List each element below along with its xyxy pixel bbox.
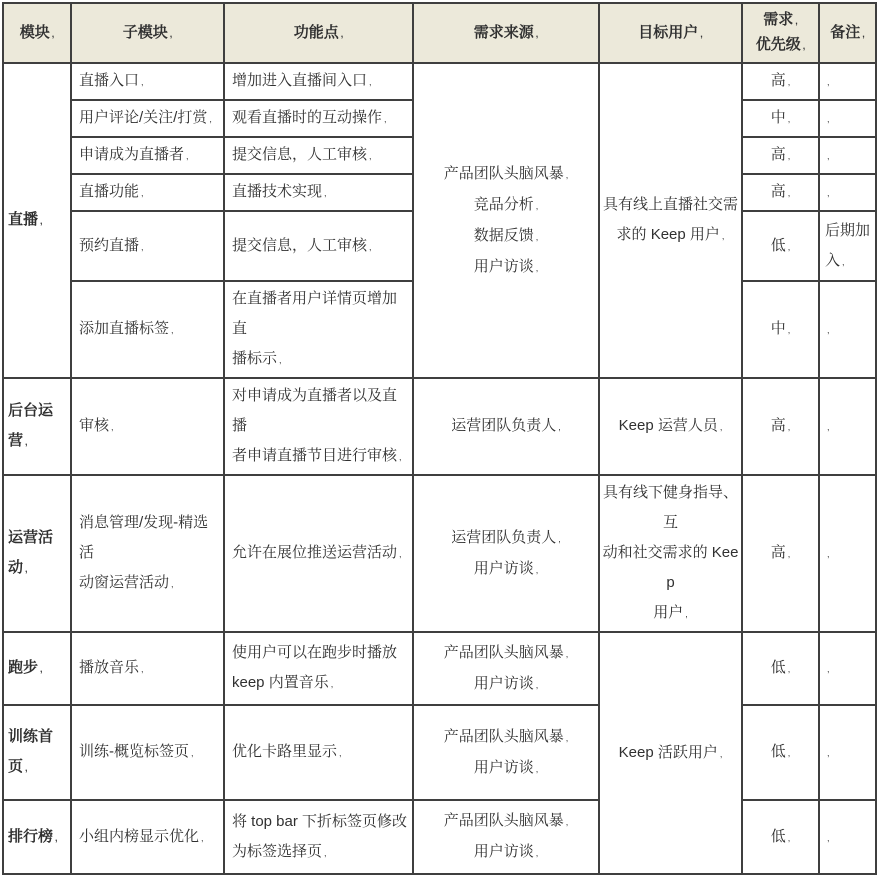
feature-line: 对申请成为直播者以及直播 <box>232 381 409 441</box>
source-line: 竞品分析, <box>416 190 596 221</box>
target-line: 用户, <box>602 598 739 629</box>
table-row: 训练首页, 训练-概览标签页, 优化卡路里显示, 产品团队头脑风暴, 用户访谈,… <box>3 705 876 800</box>
paragraph-mark: , <box>171 325 174 335</box>
paragraph-mark: , <box>209 114 212 124</box>
paragraph-mark: , <box>842 257 845 267</box>
cell-training-priority: 低, <box>742 705 819 800</box>
source-line: 用户访谈, <box>416 554 596 585</box>
cell-live-4-submodule: 预约直播, <box>71 211 224 281</box>
cell-live-3-feature: 直播技术实现, <box>224 174 413 211</box>
paragraph-mark: , <box>788 664 791 674</box>
table-row: 直播, 直播入口, 增加进入直播间入口, 产品团队头脑风暴, 竞品分析, 数据反… <box>3 63 876 100</box>
cell-backend-target: Keep 运营人员, <box>599 378 742 475</box>
paragraph-mark: , <box>788 114 791 124</box>
paragraph-mark: , <box>803 41 806 51</box>
cell-training-source: 产品团队头脑风暴, 用户访谈, <box>413 705 599 800</box>
cell-live-0-remark: , <box>819 63 876 100</box>
paragraph-mark: , <box>536 29 539 39</box>
paragraph-mark: , <box>186 151 189 161</box>
cell-live-5-remark: , <box>819 281 876 378</box>
paragraph-mark: , <box>324 848 327 858</box>
feature-line: 为标签选择页, <box>232 837 409 868</box>
paragraph-mark: , <box>25 437 28 447</box>
paragraph-mark: , <box>788 151 791 161</box>
target-line: 动和社交需求的 Keep <box>602 538 739 598</box>
paragraph-mark: , <box>55 833 58 843</box>
requirements-table: 模块, 子模块, 功能点, 需求来源, 目标用户, 需求, 优先级, 备注, 直… <box>2 2 877 875</box>
cell-live-0-feature: 增加进入直播间入口, <box>224 63 413 100</box>
paragraph-mark: , <box>827 114 830 124</box>
table-row: 后台运营, 审核, 对申请成为直播者以及直播 者申请直播节目进行审核, 运营团队… <box>3 378 876 475</box>
cell-backend-remark: , <box>819 378 876 475</box>
paragraph-mark: , <box>201 833 204 843</box>
header-priority-line1: 需求, <box>745 8 816 33</box>
cell-leaderboard-feature: 将 top bar 下折标签页修改 为标签选择页, <box>224 800 413 874</box>
header-row: 模块, 子模块, 功能点, 需求来源, 目标用户, 需求, 优先级, 备注, <box>3 3 876 63</box>
paragraph-mark: , <box>788 77 791 87</box>
cell-backend-priority: 高, <box>742 378 819 475</box>
cell-backend-feature: 对申请成为直播者以及直播 者申请直播节目进行审核, <box>224 378 413 475</box>
cell-running-source: 产品团队头脑风暴, 用户访谈, <box>413 632 599 705</box>
paragraph-mark: , <box>566 649 569 659</box>
cell-training-remark: , <box>819 705 876 800</box>
cell-running-feature: 使用户可以在跑步时播放 keep 内置音乐, <box>224 632 413 705</box>
header-target: 目标用户, <box>599 3 742 63</box>
cell-live-5-priority: 中, <box>742 281 819 378</box>
paragraph-mark: , <box>566 817 569 827</box>
table-row: 运营活动, 消息管理/发现-精选活 动窗运营活动, 允许在展位推送运营活动, 运… <box>3 475 876 632</box>
cell-running-submodule: 播放音乐, <box>71 632 224 705</box>
cell-module-backend: 后台运营, <box>3 378 71 475</box>
feature-line: 在直播者用户详情页增加直 <box>232 284 409 344</box>
paragraph-mark: , <box>795 16 798 26</box>
source-line: 产品团队头脑风暴, <box>416 722 596 753</box>
source-line: 运营团队负责人, <box>416 411 596 442</box>
paragraph-mark: , <box>720 749 723 759</box>
paragraph-mark: , <box>788 325 791 335</box>
cell-live-target: 具有线上直播社交需 求的 Keep 用户, <box>599 63 742 378</box>
cell-live-1-submodule: 用户评论/关注/打赏, <box>71 100 224 137</box>
source-line: 数据反馈, <box>416 221 596 252</box>
paragraph-mark: , <box>331 679 334 689</box>
cell-running-priority: 低, <box>742 632 819 705</box>
cell-live-1-remark: , <box>819 100 876 137</box>
paragraph-mark: , <box>788 242 791 252</box>
target-line: 具有线上直播社交需 <box>602 190 739 220</box>
cell-leaderboard-remark: , <box>819 800 876 874</box>
paragraph-mark: , <box>369 151 372 161</box>
cell-live-2-priority: 高, <box>742 137 819 174</box>
cell-module-leaderboard: 排行榜, <box>3 800 71 874</box>
paragraph-mark: , <box>827 664 830 674</box>
header-priority-line2: 优先级, <box>745 33 816 58</box>
paragraph-mark: , <box>827 748 830 758</box>
header-feature: 功能点, <box>224 3 413 63</box>
cell-backend-submodule: 审核, <box>71 378 224 475</box>
header-source: 需求来源, <box>413 3 599 63</box>
paragraph-mark: , <box>558 534 561 544</box>
cell-live-1-priority: 中, <box>742 100 819 137</box>
table-row: 跑步, 播放音乐, 使用户可以在跑步时播放 keep 内置音乐, 产品团队头脑风… <box>3 632 876 705</box>
cell-running-remark: , <box>819 632 876 705</box>
target-line: 具有线下健身指导、互 <box>602 478 739 538</box>
cell-live-4-priority: 低, <box>742 211 819 281</box>
cell-live-source: 产品团队头脑风暴, 竞品分析, 数据反馈, 用户访谈, <box>413 63 599 378</box>
feature-line: 播标示, <box>232 344 409 375</box>
paragraph-mark: , <box>685 609 688 619</box>
cell-module-live: 直播, <box>3 63 71 378</box>
header-submodule: 子模块, <box>71 3 224 63</box>
paragraph-mark: , <box>558 422 561 432</box>
cell-leaderboard-priority: 低, <box>742 800 819 874</box>
paragraph-mark: , <box>700 29 703 39</box>
paragraph-mark: , <box>788 188 791 198</box>
paragraph-mark: , <box>171 579 174 589</box>
feature-line: 将 top bar 下折标签页修改 <box>232 807 409 837</box>
paragraph-mark: , <box>191 748 194 758</box>
paragraph-mark: , <box>111 422 114 432</box>
paragraph-mark: , <box>720 422 723 432</box>
cell-ops-priority: 高, <box>742 475 819 632</box>
paragraph-mark: , <box>536 565 539 575</box>
cell-module-running: 跑步, <box>3 632 71 705</box>
source-line: 用户访谈, <box>416 669 596 700</box>
cell-live-4-remark: 后期加入, <box>819 211 876 281</box>
cell-ops-feature: 允许在展位推送运营活动, <box>224 475 413 632</box>
paragraph-mark: , <box>341 29 344 39</box>
cell-live-2-feature: 提交信息，人工审核, <box>224 137 413 174</box>
source-line: 产品团队头脑风暴, <box>416 806 596 837</box>
cell-ops-target: 具有线下健身指导、互 动和社交需求的 Keep 用户, <box>599 475 742 632</box>
cell-active-target: Keep 活跃用户, <box>599 632 742 874</box>
paragraph-mark: , <box>40 664 43 674</box>
paragraph-mark: , <box>369 242 372 252</box>
cell-training-submodule: 训练-概览标签页, <box>71 705 224 800</box>
cell-live-3-remark: , <box>819 174 876 211</box>
cell-live-4-feature: 提交信息，人工审核, <box>224 211 413 281</box>
header-priority: 需求, 优先级, <box>742 3 819 63</box>
cell-leaderboard-source: 产品团队头脑风暴, 用户访谈, <box>413 800 599 874</box>
source-line: 用户访谈, <box>416 753 596 784</box>
cell-live-3-priority: 高, <box>742 174 819 211</box>
paragraph-mark: , <box>25 564 28 574</box>
cell-live-0-submodule: 直播入口, <box>71 63 224 100</box>
paragraph-mark: , <box>536 680 539 690</box>
feature-line: 者申请直播节目进行审核, <box>232 441 409 472</box>
cell-live-3-submodule: 直播功能, <box>71 174 224 211</box>
feature-line: keep 内置音乐, <box>232 668 409 699</box>
cell-live-5-submodule: 添加直播标签, <box>71 281 224 378</box>
paragraph-mark: , <box>788 549 791 559</box>
paragraph-mark: , <box>536 263 539 273</box>
paragraph-mark: , <box>399 549 402 559</box>
target-line: 求的 Keep 用户, <box>602 220 739 251</box>
paragraph-mark: , <box>279 355 282 365</box>
paragraph-mark: , <box>536 848 539 858</box>
paragraph-mark: , <box>827 549 830 559</box>
paragraph-mark: , <box>827 77 830 87</box>
source-line: 产品团队头脑风暴, <box>416 638 596 669</box>
paragraph-mark: , <box>369 77 372 87</box>
source-line: 运营团队负责人, <box>416 523 596 554</box>
paragraph-mark: , <box>40 216 43 226</box>
source-line: 用户访谈, <box>416 252 596 283</box>
cell-ops-remark: , <box>819 475 876 632</box>
cell-leaderboard-submodule: 小组内榜显示优化, <box>71 800 224 874</box>
paragraph-mark: , <box>324 188 327 198</box>
header-module: 模块, <box>3 3 71 63</box>
paragraph-mark: , <box>566 170 569 180</box>
header-remark: 备注, <box>819 3 876 63</box>
cell-training-feature: 优化卡路里显示, <box>224 705 413 800</box>
cell-module-ops-activity: 运营活动, <box>3 475 71 632</box>
paragraph-mark: , <box>536 232 539 242</box>
paragraph-mark: , <box>399 452 402 462</box>
paragraph-mark: , <box>25 763 28 773</box>
paragraph-mark: , <box>566 733 569 743</box>
table-row: 排行榜, 小组内榜显示优化, 将 top bar 下折标签页修改 为标签选择页,… <box>3 800 876 874</box>
paragraph-mark: , <box>722 231 725 241</box>
paragraph-mark: , <box>536 201 539 211</box>
paragraph-mark: , <box>141 242 144 252</box>
feature-line: 使用户可以在跑步时播放 <box>232 638 409 668</box>
paragraph-mark: , <box>827 833 830 843</box>
paragraph-mark: , <box>339 748 342 758</box>
cell-ops-source: 运营团队负责人, 用户访谈, <box>413 475 599 632</box>
paragraph-mark: , <box>384 114 387 124</box>
paragraph-mark: , <box>788 748 791 758</box>
cell-live-2-submodule: 申请成为直播者, <box>71 137 224 174</box>
paragraph-mark: , <box>141 188 144 198</box>
cell-live-1-feature: 观看直播时的互动操作, <box>224 100 413 137</box>
source-line: 产品团队头脑风暴, <box>416 159 596 190</box>
submodule-line: 消息管理/发现-精选活 <box>79 508 220 568</box>
paragraph-mark: , <box>788 422 791 432</box>
cell-live-5-feature: 在直播者用户详情页增加直 播标示, <box>224 281 413 378</box>
paragraph-mark: , <box>170 29 173 39</box>
paragraph-mark: , <box>827 422 830 432</box>
source-line: 用户访谈, <box>416 837 596 868</box>
cell-ops-submodule: 消息管理/发现-精选活 动窗运营活动, <box>71 475 224 632</box>
paragraph-mark: , <box>788 833 791 843</box>
submodule-line: 动窗运营活动, <box>79 568 220 599</box>
paragraph-mark: , <box>141 77 144 87</box>
cell-live-0-priority: 高, <box>742 63 819 100</box>
paragraph-mark: , <box>536 764 539 774</box>
cell-module-training-home: 训练首页, <box>3 705 71 800</box>
paragraph-mark: , <box>141 664 144 674</box>
cell-live-2-remark: , <box>819 137 876 174</box>
paragraph-mark: , <box>862 29 865 39</box>
paragraph-mark: , <box>827 325 830 335</box>
cell-backend-source: 运营团队负责人, <box>413 378 599 475</box>
paragraph-mark: , <box>827 151 830 161</box>
paragraph-mark: , <box>827 188 830 198</box>
paragraph-mark: , <box>52 29 55 39</box>
